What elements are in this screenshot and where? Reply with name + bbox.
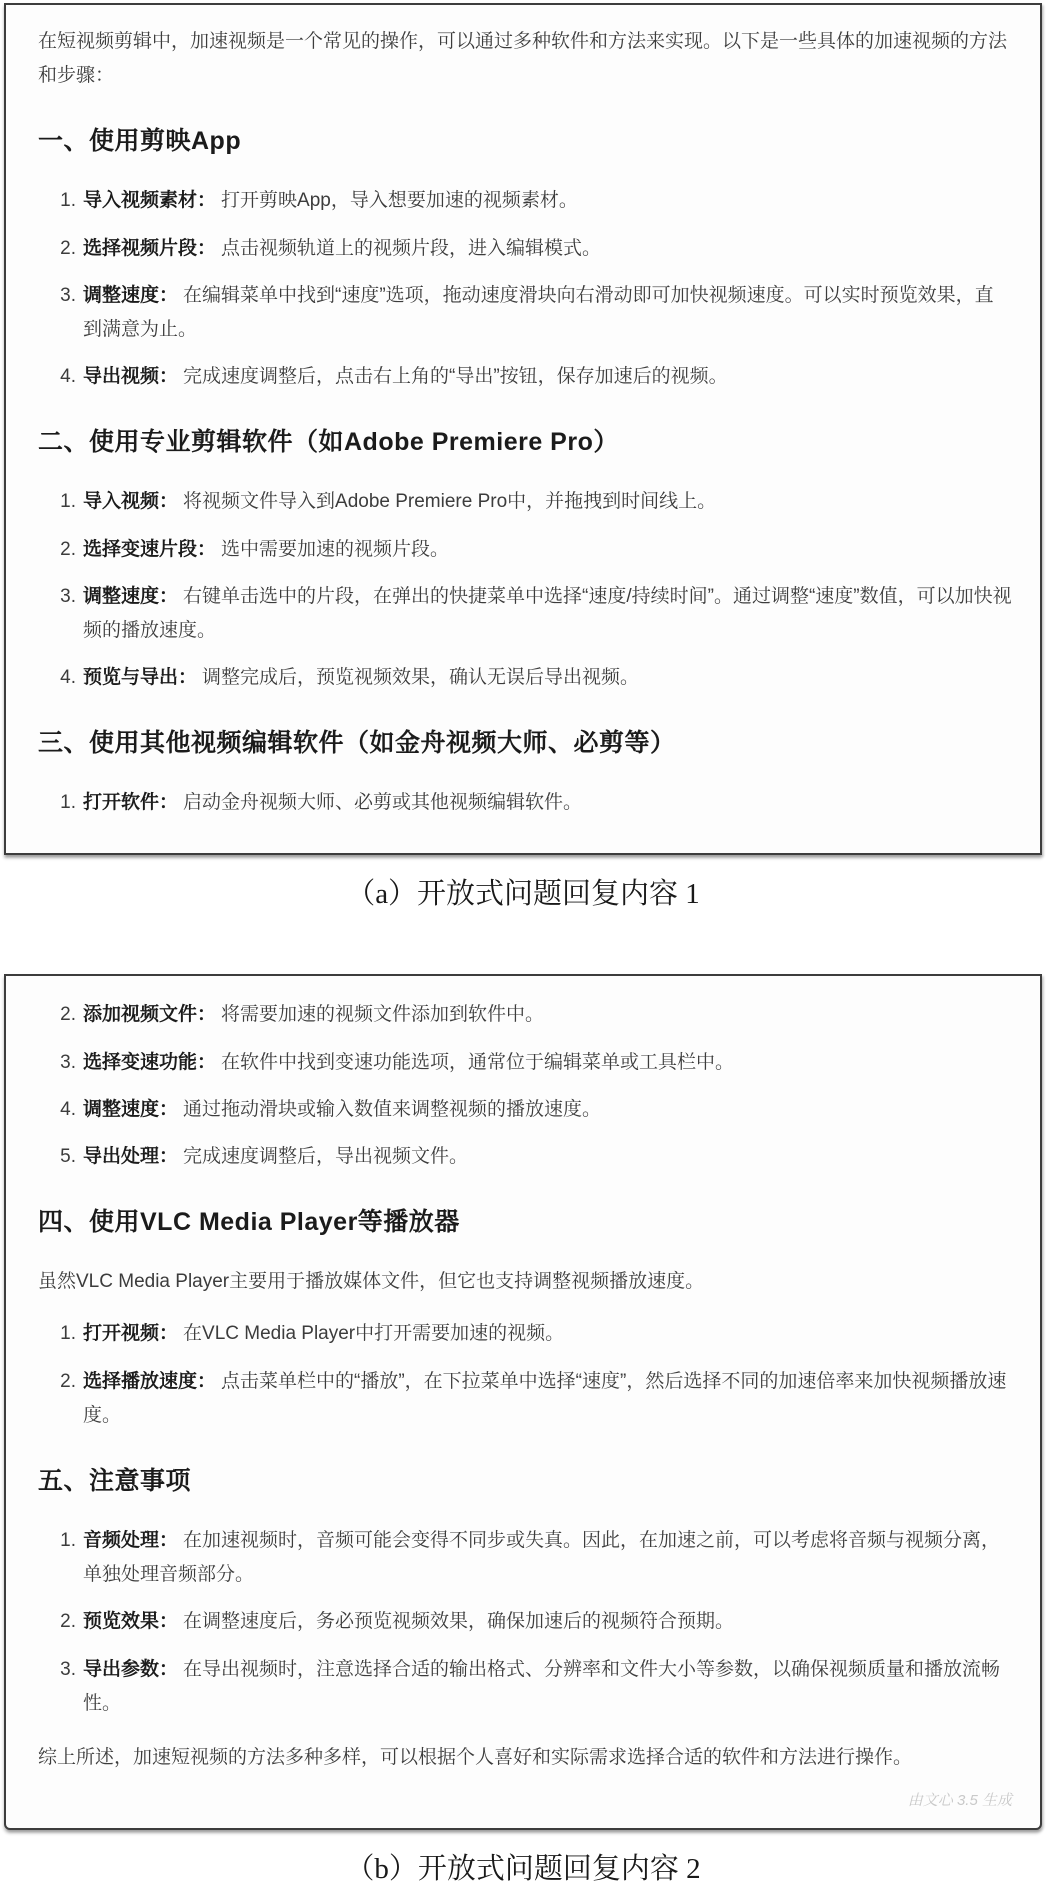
item-label: 调整速度： [83, 586, 178, 607]
section-1-list: 1. 导入视频素材：打开剪映App，导入想要加速的视频素材。 2. 选择视频片段… [38, 184, 1012, 394]
item-body: 通过拖动滑块或输入数值来调整视频的播放速度。 [183, 1099, 601, 1120]
section-3-list: 1. 打开软件：启动金舟视频大师、必剪或其他视频编辑软件。 [38, 786, 1012, 820]
list-item: 4. 预览与导出：调整完成后，预览视频效果，确认无误后导出视频。 [38, 661, 1012, 695]
item-body: 启动金舟视频大师、必剪或其他视频编辑软件。 [183, 792, 582, 813]
item-text: 打开视频：在VLC Media Player中打开需要加速的视频。 [83, 1317, 564, 1351]
item-number: 2. [38, 533, 83, 567]
item-label: 调整速度： [83, 1099, 178, 1120]
item-body: 将需要加速的视频文件添加到软件中。 [221, 1004, 544, 1025]
item-body: 在软件中找到变速功能选项，通常位于编辑菜单或工具栏中。 [221, 1052, 734, 1073]
section-heading-1: 一、使用剪映App [38, 119, 1012, 164]
caption-a: （a）开放式问题回复内容 1 [4, 871, 1042, 912]
item-body: 完成速度调整后，点击右上角的“导出”按钮，保存加速后的视频。 [183, 366, 728, 387]
section-5-list: 1. 音频处理：在加速视频时，音频可能会变得不同步或失真。因此，在加速之前，可以… [38, 1524, 1012, 1721]
item-text: 调整速度：在编辑菜单中找到“速度”选项，拖动速度滑块向右滑动即可加快视频速度。可… [83, 279, 1012, 347]
item-label: 导出参数： [83, 1659, 178, 1680]
item-text: 调整速度：通过拖动滑块或输入数值来调整视频的播放速度。 [83, 1093, 601, 1127]
item-number: 1. [38, 485, 83, 519]
item-text: 预览与导出：调整完成后，预览视频效果，确认无误后导出视频。 [83, 661, 639, 695]
item-body: 在导出视频时，注意选择合适的输出格式、分辨率和文件大小等参数，以确保视频质量和播… [83, 1659, 1000, 1714]
list-item: 3. 调整速度：在编辑菜单中找到“速度”选项，拖动速度滑块向右滑动即可加快视频速… [38, 279, 1012, 347]
item-label: 选择播放速度： [83, 1371, 216, 1392]
item-text: 预览效果：在调整速度后，务必预览视频效果，确保加速后的视频符合预期。 [83, 1605, 734, 1639]
item-number: 1. [38, 1524, 83, 1592]
list-item: 4. 调整速度：通过拖动滑块或输入数值来调整视频的播放速度。 [38, 1093, 1012, 1127]
item-body: 在调整速度后，务必预览视频效果，确保加速后的视频符合预期。 [183, 1611, 734, 1632]
item-text: 导入视频素材：打开剪映App，导入想要加速的视频素材。 [83, 184, 578, 218]
list-item: 3. 选择变速功能：在软件中找到变速功能选项，通常位于编辑菜单或工具栏中。 [38, 1046, 1012, 1080]
item-body: 完成速度调整后，导出视频文件。 [183, 1146, 468, 1167]
list-item: 2. 选择变速片段：选中需要加速的视频片段。 [38, 533, 1012, 567]
item-text: 导出参数：在导出视频时，注意选择合适的输出格式、分辨率和文件大小等参数，以确保视… [83, 1653, 1012, 1721]
section-2-list: 1. 导入视频：将视频文件导入到Adobe Premiere Pro中，并拖拽到… [38, 485, 1012, 695]
item-number: 5. [38, 1140, 83, 1174]
list-item: 2. 选择视频片段：点击视频轨道上的视频片段，进入编辑模式。 [38, 232, 1012, 266]
item-label: 音频处理： [83, 1530, 178, 1551]
list-item: 3. 导出参数：在导出视频时，注意选择合适的输出格式、分辨率和文件大小等参数，以… [38, 1653, 1012, 1721]
item-label: 打开软件： [83, 792, 178, 813]
item-number: 2. [38, 232, 83, 266]
list-item: 2. 选择播放速度：点击菜单栏中的“播放”，在下拉菜单中选择“速度”，然后选择不… [38, 1365, 1012, 1433]
vlc-intro-paragraph: 虽然VLC Media Player主要用于播放媒体文件，但它也支持调整视频播放… [38, 1265, 1012, 1299]
item-body: 在加速视频时，音频可能会变得不同步或失真。因此，在加速之前，可以考虑将音频与视频… [83, 1530, 1000, 1585]
item-label: 添加视频文件： [83, 1004, 216, 1025]
item-label: 选择变速功能： [83, 1052, 216, 1073]
list-item: 5. 导出处理：完成速度调整后，导出视频文件。 [38, 1140, 1012, 1174]
item-body: 打开剪映App，导入想要加速的视频素材。 [221, 190, 578, 211]
item-text: 导入视频：将视频文件导入到Adobe Premiere Pro中，并拖拽到时间线… [83, 485, 716, 519]
watermark-generated-by: 由文心 3.5 生成 [38, 1787, 1012, 1814]
item-number: 3. [38, 1653, 83, 1721]
item-label: 导入视频： [83, 491, 178, 512]
item-text: 调整速度：右键单击选中的片段，在弹出的快捷菜单中选择“速度/持续时间”。通过调整… [83, 580, 1012, 648]
continued-list: 2. 添加视频文件：将需要加速的视频文件添加到软件中。 3. 选择变速功能：在软… [38, 998, 1012, 1174]
section-heading-4: 四、使用VLC Media Player等播放器 [38, 1200, 1012, 1245]
intro-paragraph: 在短视频剪辑中，加速视频是一个常见的操作，可以通过多种软件和方法来实现。以下是一… [38, 25, 1012, 93]
list-item: 1. 导入视频：将视频文件导入到Adobe Premiere Pro中，并拖拽到… [38, 485, 1012, 519]
item-number: 4. [38, 661, 83, 695]
item-body: 点击菜单栏中的“播放”，在下拉菜单中选择“速度”，然后选择不同的加速倍率来加快视… [83, 1371, 1006, 1426]
item-body: 调整完成后，预览视频效果，确认无误后导出视频。 [202, 667, 639, 688]
item-number: 4. [38, 360, 83, 394]
list-item: 1. 音频处理：在加速视频时，音频可能会变得不同步或失真。因此，在加速之前，可以… [38, 1524, 1012, 1592]
item-body: 选中需要加速的视频片段。 [221, 539, 449, 560]
item-text: 音频处理：在加速视频时，音频可能会变得不同步或失真。因此，在加速之前，可以考虑将… [83, 1524, 1012, 1592]
item-label: 导出视频： [83, 366, 178, 387]
section-4-list: 1. 打开视频：在VLC Media Player中打开需要加速的视频。 2. … [38, 1317, 1012, 1433]
section-heading-3: 三、使用其他视频编辑软件（如金舟视频大师、必剪等） [38, 721, 1012, 766]
caption-b: （b）开放式问题回复内容 2 [4, 1846, 1042, 1887]
response-panel-a: 在短视频剪辑中，加速视频是一个常见的操作，可以通过多种软件和方法来实现。以下是一… [4, 3, 1042, 855]
figure-page: 在短视频剪辑中，加速视频是一个常见的操作，可以通过多种软件和方法来实现。以下是一… [0, 0, 1048, 1897]
item-label: 打开视频： [83, 1323, 178, 1344]
section-heading-2: 二、使用专业剪辑软件（如Adobe Premiere Pro） [38, 420, 1012, 465]
item-number: 2. [38, 998, 83, 1032]
item-label: 导入视频素材： [83, 190, 216, 211]
item-number: 1. [38, 786, 83, 820]
item-text: 导出视频：完成速度调整后，点击右上角的“导出”按钮，保存加速后的视频。 [83, 360, 728, 394]
list-item: 1. 打开视频：在VLC Media Player中打开需要加速的视频。 [38, 1317, 1012, 1351]
item-text: 选择视频片段：点击视频轨道上的视频片段，进入编辑模式。 [83, 232, 601, 266]
item-text: 打开软件：启动金舟视频大师、必剪或其他视频编辑软件。 [83, 786, 582, 820]
item-label: 预览与导出： [83, 667, 197, 688]
item-label: 选择变速片段： [83, 539, 216, 560]
list-item: 4. 导出视频：完成速度调整后，点击右上角的“导出”按钮，保存加速后的视频。 [38, 360, 1012, 394]
item-body: 在编辑菜单中找到“速度”选项，拖动速度滑块向右滑动即可加快视频速度。可以实时预览… [83, 285, 994, 340]
item-body: 右键单击选中的片段，在弹出的快捷菜单中选择“速度/持续时间”。通过调整“速度”数… [83, 586, 1012, 641]
item-body: 点击视频轨道上的视频片段，进入编辑模式。 [221, 238, 601, 259]
item-number: 1. [38, 184, 83, 218]
item-text: 选择变速功能：在软件中找到变速功能选项，通常位于编辑菜单或工具栏中。 [83, 1046, 734, 1080]
item-body: 将视频文件导入到Adobe Premiere Pro中，并拖拽到时间线上。 [183, 491, 716, 512]
item-text: 选择变速片段：选中需要加速的视频片段。 [83, 533, 449, 567]
item-text: 选择播放速度：点击菜单栏中的“播放”，在下拉菜单中选择“速度”，然后选择不同的加… [83, 1365, 1012, 1433]
section-heading-5: 五、注意事项 [38, 1459, 1012, 1504]
item-number: 3. [38, 1046, 83, 1080]
item-text: 导出处理：完成速度调整后，导出视频文件。 [83, 1140, 468, 1174]
item-body: 在VLC Media Player中打开需要加速的视频。 [183, 1323, 564, 1344]
list-item: 3. 调整速度：右键单击选中的片段，在弹出的快捷菜单中选择“速度/持续时间”。通… [38, 580, 1012, 648]
item-number: 3. [38, 580, 83, 648]
closing-paragraph: 综上所述，加速短视频的方法多种多样，可以根据个人喜好和实际需求选择合适的软件和方… [38, 1741, 1012, 1775]
item-number: 3. [38, 279, 83, 347]
item-text: 添加视频文件：将需要加速的视频文件添加到软件中。 [83, 998, 544, 1032]
list-item: 2. 添加视频文件：将需要加速的视频文件添加到软件中。 [38, 998, 1012, 1032]
item-label: 预览效果： [83, 1611, 178, 1632]
item-number: 2. [38, 1365, 83, 1433]
list-item: 1. 打开软件：启动金舟视频大师、必剪或其他视频编辑软件。 [38, 786, 1012, 820]
response-panel-b: 2. 添加视频文件：将需要加速的视频文件添加到软件中。 3. 选择变速功能：在软… [4, 974, 1042, 1830]
item-number: 4. [38, 1093, 83, 1127]
item-label: 选择视频片段： [83, 238, 216, 259]
item-label: 导出处理： [83, 1146, 178, 1167]
item-number: 1. [38, 1317, 83, 1351]
item-label: 调整速度： [83, 285, 178, 306]
list-item: 2. 预览效果：在调整速度后，务必预览视频效果，确保加速后的视频符合预期。 [38, 1605, 1012, 1639]
item-number: 2. [38, 1605, 83, 1639]
list-item: 1. 导入视频素材：打开剪映App，导入想要加速的视频素材。 [38, 184, 1012, 218]
